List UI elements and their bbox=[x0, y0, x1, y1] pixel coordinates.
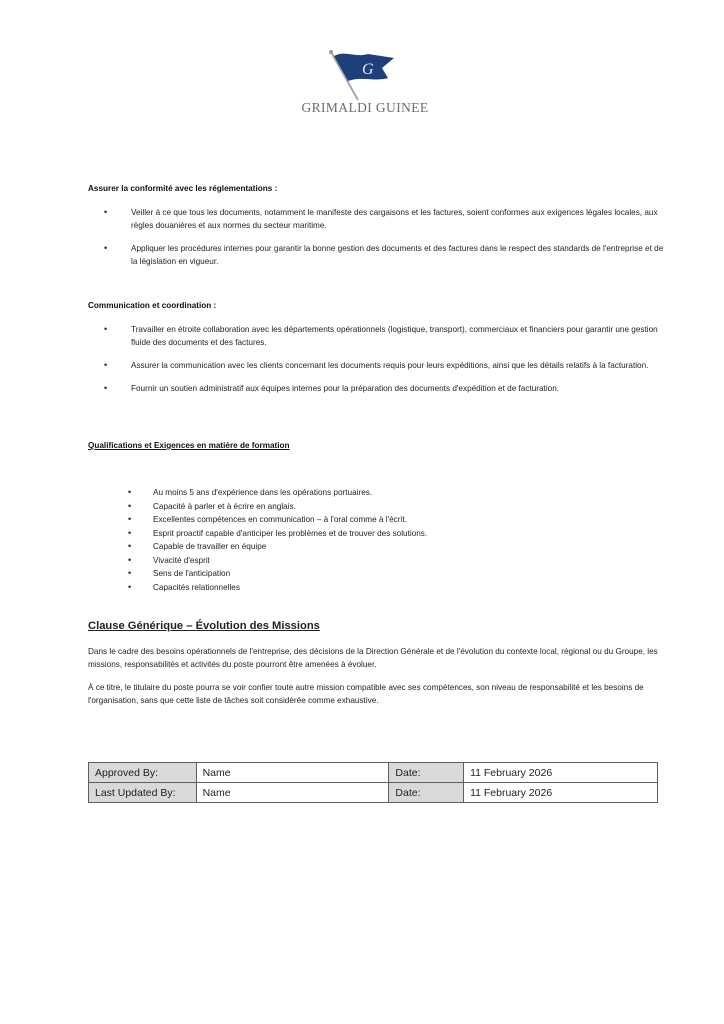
logo-letter: G bbox=[362, 61, 374, 78]
qualifications-list: Au moins 5 ans d'expérience dans les opé… bbox=[128, 486, 648, 594]
list-item: Capable de travailler en équipe bbox=[128, 540, 648, 554]
company-name: GRIMALDI GUINEE bbox=[280, 100, 450, 116]
approval-table: Approved By: Name Date: 11 February 2026… bbox=[88, 762, 658, 803]
last-updated-by-label: Last Updated By: bbox=[89, 783, 197, 803]
list-item: Travailler en étroite collaboration avec… bbox=[104, 323, 664, 349]
company-logo: G GRIMALDI GUINEE bbox=[280, 48, 450, 118]
clause-paragraph: À ce titre, le titulaire du poste pourra… bbox=[88, 681, 658, 707]
table-row: Last Updated By: Name Date: 11 February … bbox=[89, 783, 658, 803]
last-updated-by-name: Name bbox=[196, 783, 389, 803]
list-item: Sens de l'anticipation bbox=[128, 567, 648, 581]
section-title-communication: Communication et coordination : bbox=[88, 301, 216, 310]
communication-list: Travailler en étroite collaboration avec… bbox=[104, 323, 664, 405]
table-row: Approved By: Name Date: 11 February 2026 bbox=[89, 763, 658, 783]
list-item: Esprit proactif capable d'anticiper les … bbox=[128, 527, 648, 541]
date-label: Date: bbox=[389, 763, 464, 783]
section-title-qualifications: Qualifications et Exigences en matière d… bbox=[88, 441, 290, 450]
approved-by-label: Approved By: bbox=[89, 763, 197, 783]
clause-title: Clause Générique – Évolution des Mission… bbox=[88, 620, 320, 632]
list-item: Fournir un soutien administratif aux équ… bbox=[104, 382, 664, 395]
list-item: Assurer la communication avec les client… bbox=[104, 359, 664, 372]
compliance-list: Veiller à ce que tous les documents, not… bbox=[104, 206, 664, 278]
list-item: Capacités relationnelles bbox=[128, 581, 648, 595]
list-item: Vivacité d'esprit bbox=[128, 554, 648, 568]
list-item: Au moins 5 ans d'expérience dans les opé… bbox=[128, 486, 648, 500]
date-label: Date: bbox=[389, 783, 464, 803]
section-title-compliance: Assurer la conformité avec les réglement… bbox=[88, 184, 277, 193]
list-item: Excellentes compétences en communication… bbox=[128, 513, 648, 527]
flag-icon: G bbox=[324, 48, 404, 103]
list-item: Veiller à ce que tous les documents, not… bbox=[104, 206, 664, 232]
list-item: Appliquer les procédures internes pour g… bbox=[104, 242, 664, 268]
list-item: Capacité à parler et à écrire en anglais… bbox=[128, 500, 648, 514]
last-updated-date: 11 February 2026 bbox=[464, 783, 658, 803]
approved-by-name: Name bbox=[196, 763, 389, 783]
approved-date: 11 February 2026 bbox=[464, 763, 658, 783]
clause-paragraph: Dans le cadre des besoins opérationnels … bbox=[88, 645, 658, 671]
